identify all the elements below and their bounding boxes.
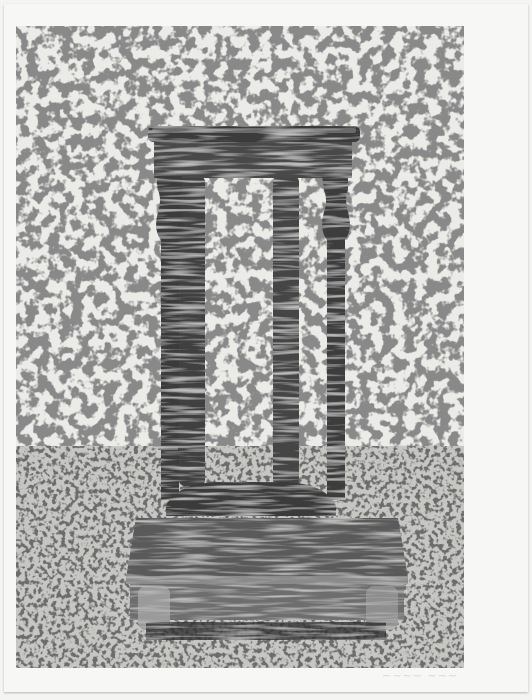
photo-print: ~~~~ ~~~ bbox=[4, 4, 528, 692]
kneeling-platform bbox=[126, 518, 408, 578]
handwritten-annotation: ~~~~ ~~~ bbox=[382, 669, 458, 682]
prie-dieu-photo bbox=[16, 26, 464, 668]
photograph bbox=[16, 26, 464, 668]
